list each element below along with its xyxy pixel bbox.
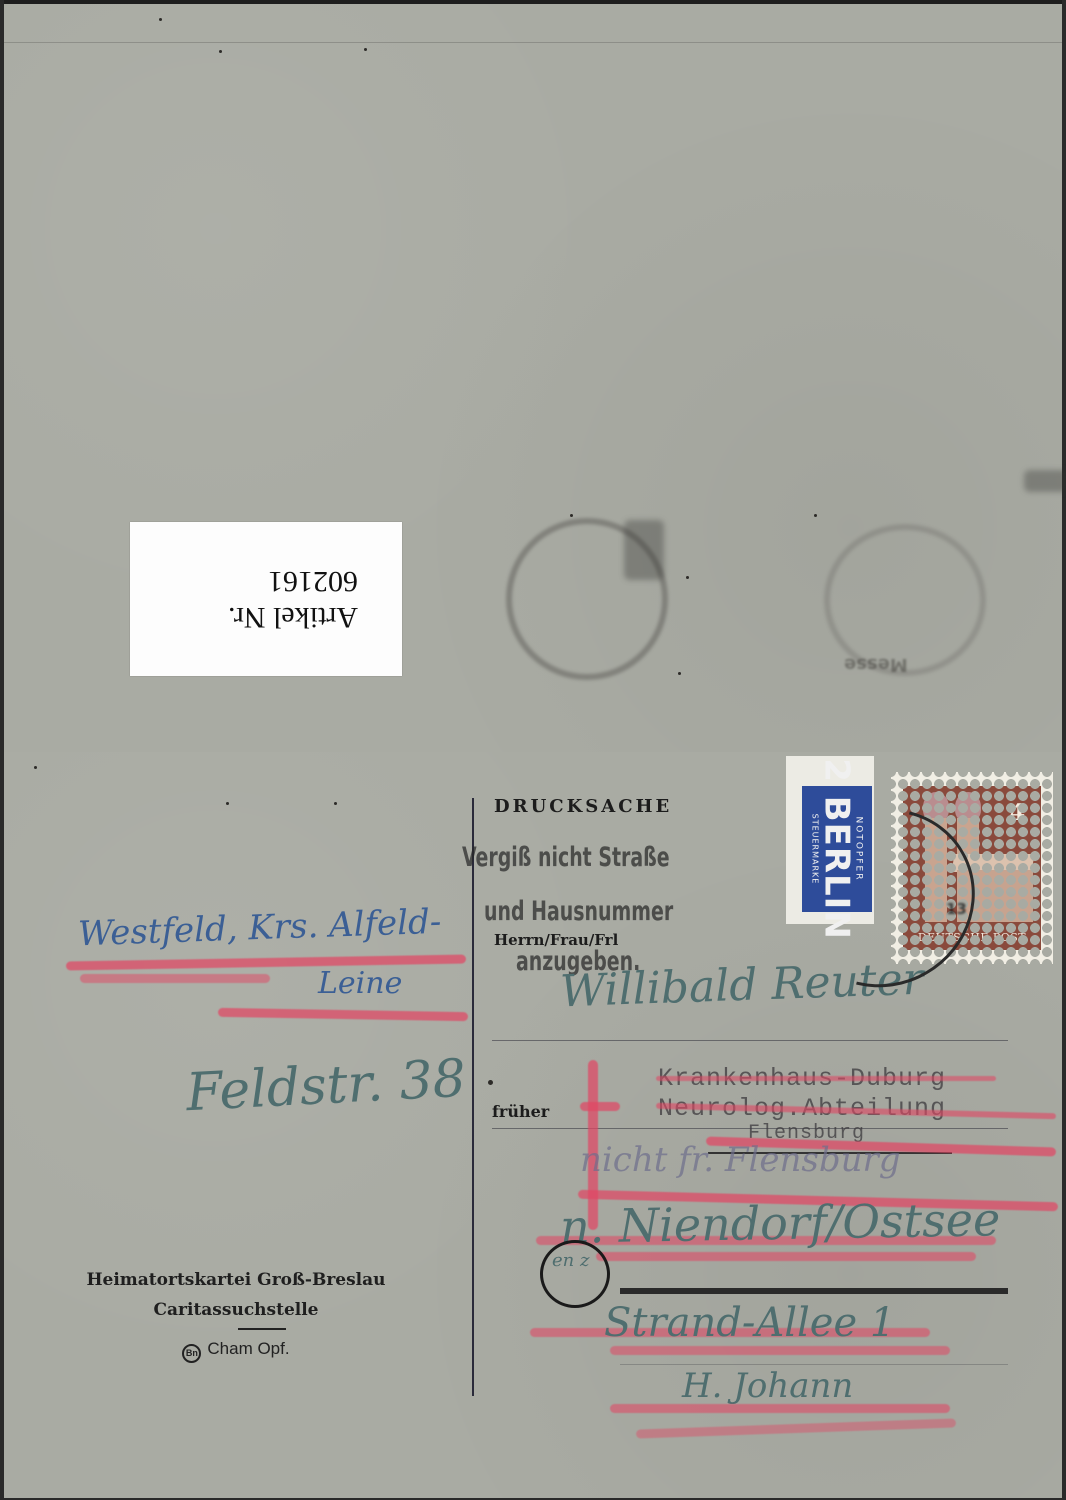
- machine-slogan-line-1: Vergiß nicht Straße: [462, 842, 670, 873]
- address-bold-line: [620, 1288, 1008, 1294]
- paper-speck: [686, 576, 689, 579]
- sender-underline: [238, 1328, 286, 1330]
- machine-slogan-line-2: und Hausnummer: [484, 896, 673, 927]
- sender-department: Caritassuchstelle: [0, 1300, 472, 1320]
- paper-speck: [488, 1080, 493, 1085]
- paper-speck: [219, 50, 222, 53]
- paper-speck: [570, 514, 573, 517]
- fold-line: [4, 42, 1062, 43]
- paper-speck: [334, 802, 337, 805]
- ink-smudge: [624, 520, 664, 580]
- salutation-field: Herrn/Frau/Frl: [494, 931, 618, 949]
- postmark-date: 13: [946, 900, 967, 918]
- paper-speck: [678, 672, 681, 675]
- paper-speck: [159, 18, 162, 21]
- handwritten-new-street: Strand-Allee 1: [604, 1300, 895, 1346]
- article-label-title: Artikel Nr.: [228, 599, 358, 635]
- red-pencil-strike: [610, 1404, 950, 1413]
- red-pencil-strike: [596, 1252, 976, 1261]
- drucksache-heading: DRUCKSACHE: [494, 796, 672, 817]
- sender-location: BnCham Opf.: [0, 1339, 472, 1363]
- paper-speck: [34, 766, 37, 769]
- handwritten-region: Leine: [318, 966, 402, 1001]
- paper-speck: [226, 802, 229, 805]
- paper-speck: [364, 48, 367, 51]
- address-line: [492, 1040, 1008, 1041]
- circled-text: en z: [552, 1250, 589, 1271]
- ink-smudge: [1024, 470, 1066, 492]
- sender-city: Cham Opf.: [207, 1339, 289, 1358]
- ghost-postmark-text: Messe: [844, 654, 908, 675]
- sender-organization: Heimatortskartei Groß-Breslau: [0, 1270, 472, 1290]
- paper-speck: [814, 514, 817, 517]
- red-pencil-cross: [580, 1102, 620, 1111]
- card-back-side: Messe Artikel Nr. 602161: [4, 0, 1062, 752]
- handwritten-house-name: H. Johann: [682, 1366, 853, 1406]
- publisher-mark-icon: Bn: [182, 1344, 201, 1363]
- article-number: 602161: [268, 563, 358, 599]
- address-line: [620, 1364, 1008, 1365]
- red-pencil-strike: [656, 1076, 996, 1081]
- article-number-label: Artikel Nr. 602161: [130, 522, 402, 676]
- handwritten-new-town: n. Niendorf/Ostsee: [560, 1192, 1001, 1254]
- red-pencil-strike: [80, 974, 270, 983]
- handwritten-note: nicht fr. Flensburg: [580, 1140, 901, 1180]
- vertical-divider: [472, 798, 474, 1396]
- red-pencil-strike: [610, 1346, 950, 1355]
- stamp-denomination: 4: [1010, 800, 1025, 826]
- previous-address-label: früher: [492, 1102, 549, 1121]
